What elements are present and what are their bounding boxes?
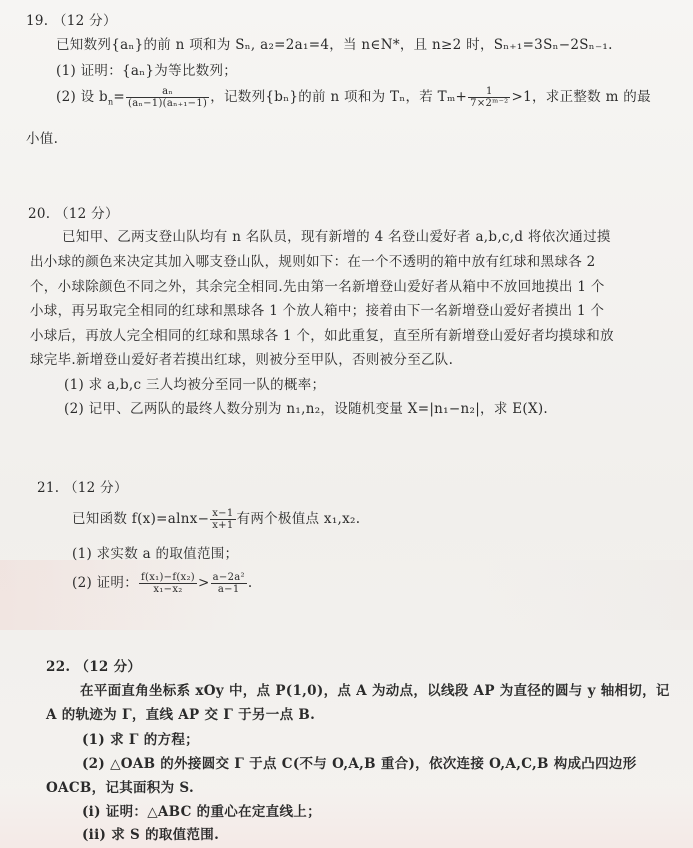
question-22-part-2-wrap: OACB，记其面积为 S. (46, 779, 194, 797)
question-21-stem: 已知函数 f(x)=alnx−x−1x+1有两个极值点 x₁,x₂. (72, 508, 360, 531)
fraction: x−1x+1 (210, 508, 235, 531)
part2-prefix: (2) 证明： (72, 575, 138, 591)
question-20-stem-line: 已知甲、乙两支登山队均有 n 名队员，现有新增的 4 名登山爱好者 a,b,c,… (62, 228, 611, 246)
question-22-part-2: (2) △OAB 的外接圆交 Γ 于点 C(不与 O,A,B 重合)，依次连接 … (82, 755, 637, 773)
question-20-header: 20. （12 分） (28, 205, 119, 223)
stem-suffix: 有两个极值点 x₁,x₂. (237, 511, 361, 527)
question-22-stem-line: 在平面直角坐标系 xOy 中，点 P(1,0)，点 A 为动点，以线段 AP 为… (80, 682, 670, 700)
question-number: 21. (37, 480, 59, 496)
exam-page: 19. （12 分） 已知数列{aₙ}的前 n 项和为 Sₙ, a₂=2a₁=4… (0, 0, 693, 848)
question-21-part-1: (1) 求实数 a 的取值范围； (72, 545, 238, 563)
question-20-stem-line: 小球后，再放人完全相同的红球和黑球各 1 个，如此重复，直至所有新增登山爱好者均… (30, 327, 614, 345)
operator: > (198, 575, 210, 591)
question-20-stem-line: 个，小球除颜色不同之外，其余完全相同.先由第一名新增登山爱好者从箱中不放回地摸出… (30, 278, 605, 296)
part2-suffix: . (248, 575, 253, 591)
question-22-part-1: (1) 求 Γ 的方程； (82, 731, 199, 749)
part2-prefix: (2) 设 b (56, 89, 108, 105)
question-number: 20. (28, 206, 50, 222)
question-22-stem-line: A 的轨迹为 Γ，直线 AP 交 Γ 于另一点 B. (46, 706, 315, 724)
question-20-stem-line: 球完毕.新增登山爱好者若摸出红球，则被分至甲队，否则被分至乙队. (30, 351, 453, 369)
question-number: 22. (46, 659, 70, 675)
part2-suffix: >1，求正整数 m 的最 (511, 89, 650, 105)
question-22-subpart-i: (i) 证明：△ABC 的重心在定直线上； (82, 803, 321, 821)
question-score: （12 分） (64, 480, 128, 496)
question-20-part-2: (2) 记甲、乙两队的最终人数分别为 n₁,n₂，设随机变量 X=|n₁−n₂|… (64, 400, 548, 418)
question-19-header: 19. （12 分） (26, 12, 117, 30)
question-20-stem-line: 出小球的颜色来决定其加入哪支登山队，规则如下：在一个不透明的箱中放有红球和黑球各… (30, 253, 595, 271)
question-21-part-2: (2) 证明：f(x₁)−f(x₂)x₁−x₂>a−2a²a−1. (72, 572, 252, 595)
question-score: （12 分） (53, 13, 117, 29)
question-19-wrap: 小值. (26, 130, 58, 148)
question-score: （12 分） (75, 659, 141, 675)
question-20-part-1: (1) 求 a,b,c 三人均被分至同一队的概率； (64, 376, 325, 394)
paper-stain (0, 560, 693, 630)
question-number: 19. (26, 13, 48, 29)
question-score: （12 分） (55, 206, 119, 222)
question-19-part-2: (2) 设 bn=aₙ(aₙ−1)(aₙ₊₁−1)，记数列{bₙ}的前 n 项和… (56, 86, 651, 112)
question-19-part-1: (1) 证明：{aₙ}为等比数列； (56, 62, 237, 80)
part2-mid: ，记数列{bₙ}的前 n 项和为 Tₙ，若 Tₘ+ (210, 89, 467, 105)
question-22-subpart-ii: (ii) 求 S 的取值范围. (82, 826, 219, 844)
fraction: aₙ(aₙ−1)(aₙ₊₁−1) (126, 86, 209, 109)
fraction: f(x₁)−f(x₂)x₁−x₂ (139, 572, 197, 595)
question-21-header: 21. （12 分） (37, 479, 128, 497)
fraction: 17×2ᵐ⁻² (468, 86, 510, 109)
stem-prefix: 已知函数 f(x)=alnx− (72, 511, 209, 527)
fraction: a−2a²a−1 (211, 572, 247, 595)
question-20-stem-line: 小球，再另取完全相同的红球和黑球各 1 个放人箱中；接着由下一名新增登山爱好者摸… (30, 302, 604, 320)
question-22-header: 22. （12 分） (46, 658, 141, 676)
question-19-stem: 已知数列{aₙ}的前 n 项和为 Sₙ, a₂=2a₁=4，当 n∈N*，且 n… (56, 36, 613, 54)
